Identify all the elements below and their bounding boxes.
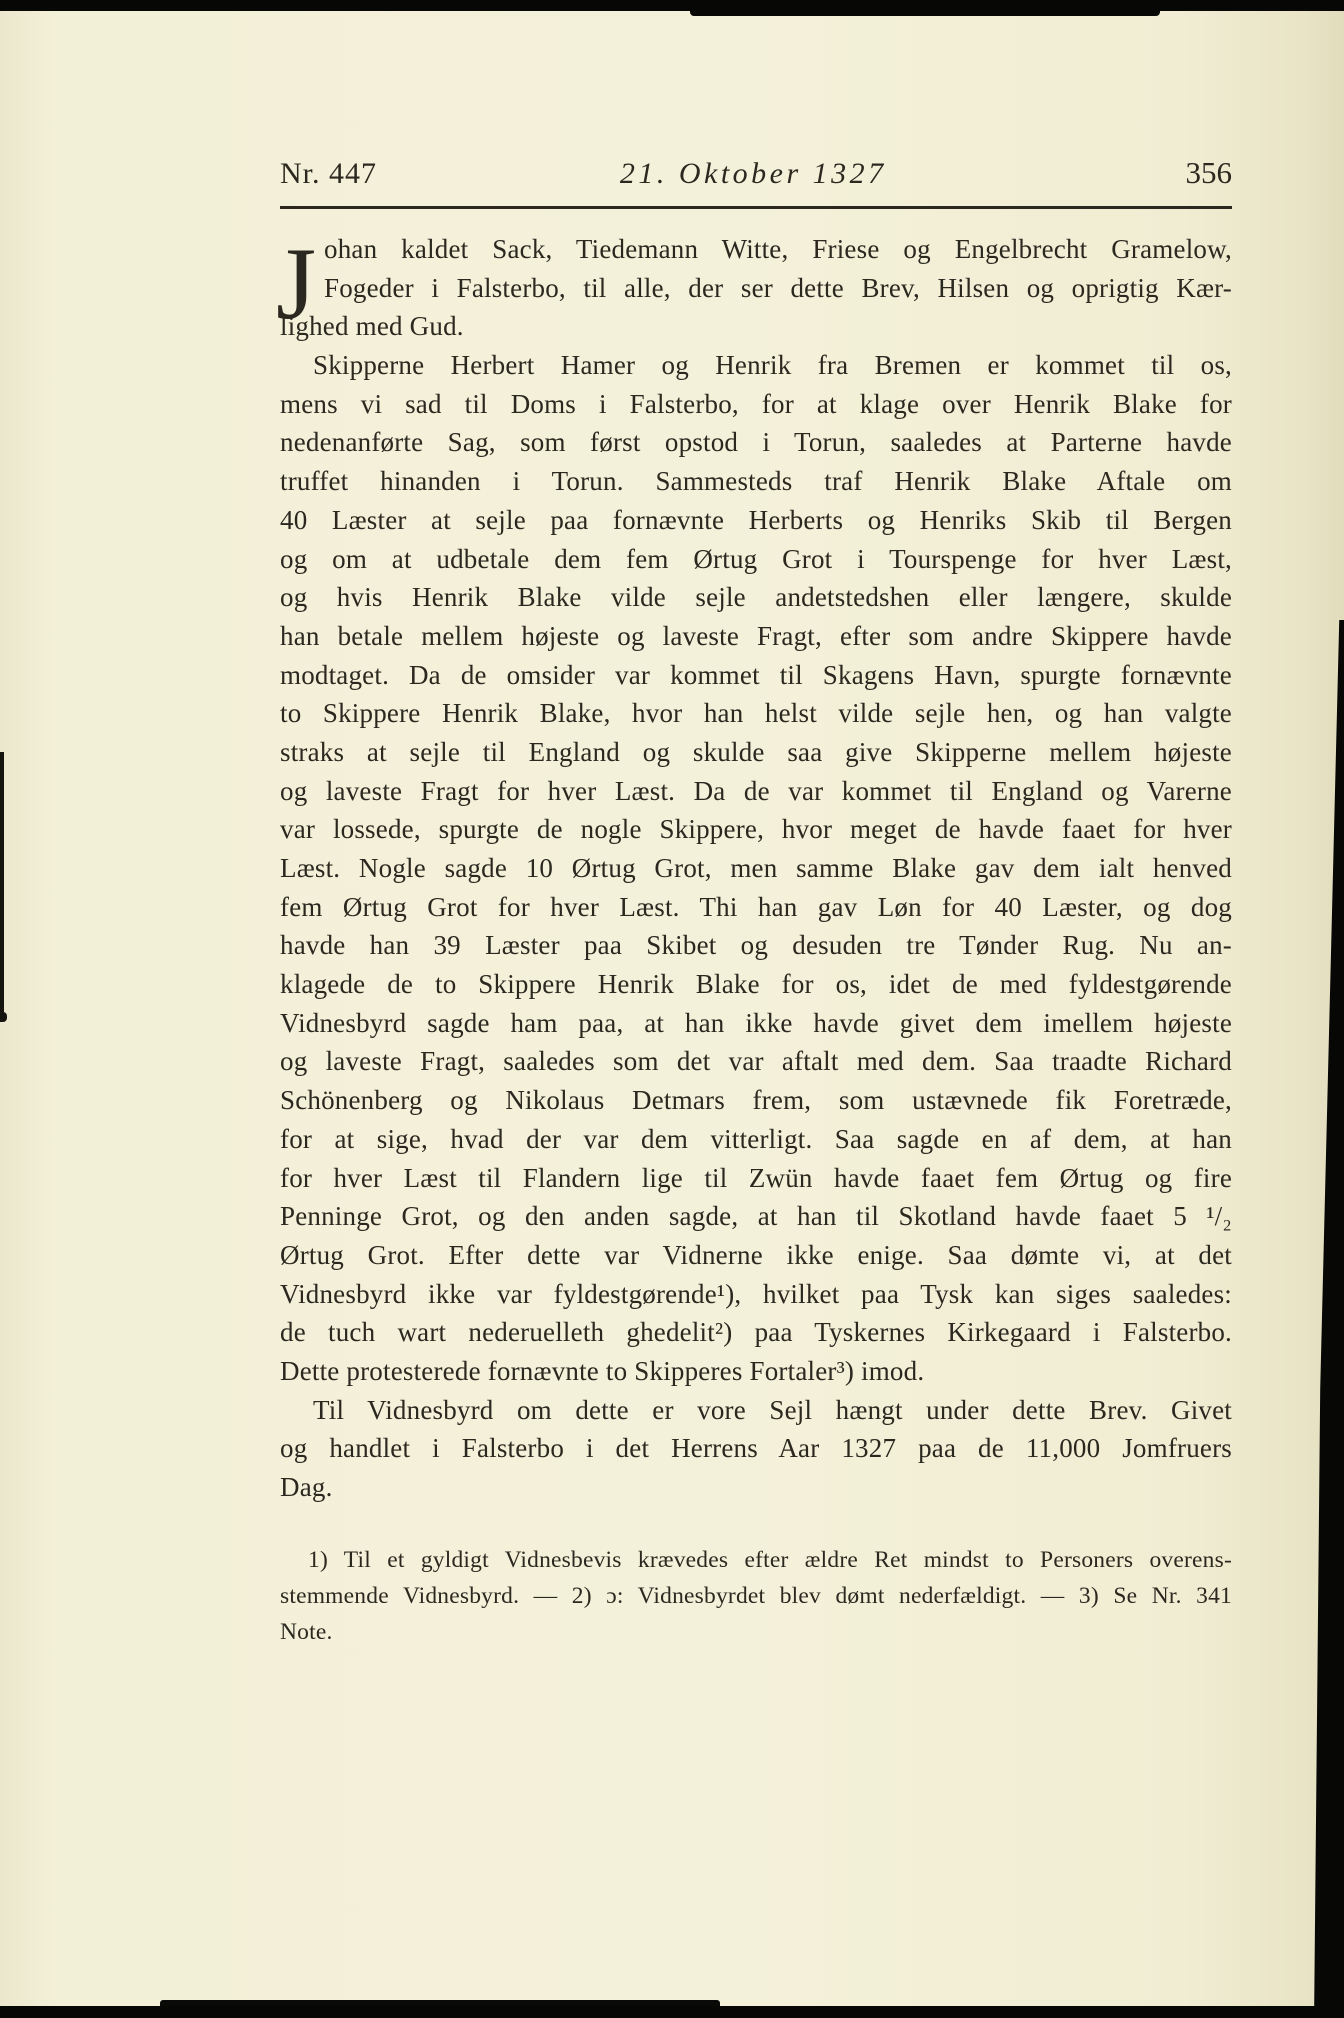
- text-line: 1) Til et gyldigt Vidnesbevis krævedes e…: [280, 1542, 1232, 1578]
- text-line: Skipperne Herbert Hamer og Henrik fra Br…: [280, 346, 1232, 385]
- paragraph: Johan kaldet Sack, Tiedemann Witte, Frie…: [280, 230, 1232, 346]
- text-line: Fogeder i Falsterbo, til alle, der ser d…: [280, 269, 1232, 308]
- text-line: for hver Læst til Flandern lige til Zwün…: [280, 1159, 1232, 1198]
- text-line: Vidnesbyrd sagde ham paa, at han ikke ha…: [280, 1004, 1232, 1043]
- text-line: Dag.: [280, 1468, 1232, 1507]
- text-line: Til Vidnesbyrd om dette er vore Sejl hæn…: [280, 1391, 1232, 1430]
- text-line: truffet hinanden i Torun. Sammesteds tra…: [280, 462, 1232, 501]
- text-line: Dette protesterede fornævnte to Skippere…: [280, 1352, 1232, 1391]
- text-line: lighed med Gud.: [280, 307, 1232, 346]
- scan-edge-top-bump: [690, 0, 1160, 16]
- text-line: havde han 39 Læster paa Skibet og desude…: [280, 926, 1232, 965]
- scan-edge-left: [0, 752, 4, 1014]
- scan-edge-bottom: [0, 2006, 1344, 2018]
- page-number: 356: [1186, 155, 1233, 191]
- page-header: Nr. 447 21. Oktober 1327 356: [280, 155, 1232, 197]
- text-line: de tuch wart nederuelleth ghedelit²) paa…: [280, 1313, 1232, 1352]
- scanned-book-page: Nr. 447 21. Oktober 1327 356 Johan kalde…: [0, 0, 1344, 2018]
- text-line: mens vi sad til Doms i Falsterbo, for at…: [280, 385, 1232, 424]
- text-line: og handlet i Falsterbo i det Herrens Aar…: [280, 1429, 1232, 1468]
- text-line: og hvis Henrik Blake vilde sejle andetst…: [280, 578, 1232, 617]
- header-rule: [280, 206, 1232, 209]
- text-line: Vidnesbyrd ikke var fyldestgørende¹), hv…: [280, 1275, 1232, 1314]
- text-line: Penninge Grot, og den anden sagde, at ha…: [280, 1197, 1232, 1236]
- dropcap-initial: J: [280, 230, 324, 306]
- text-line: Schönenberg og Nikolaus Detmars frem, so…: [280, 1081, 1232, 1120]
- text-line: Læst. Nogle sagde 10 Ørtug Grot, men sam…: [280, 849, 1232, 888]
- body-text: Johan kaldet Sack, Tiedemann Witte, Frie…: [280, 230, 1232, 1507]
- footnotes: 1) Til et gyldigt Vidnesbevis krævedes e…: [280, 1542, 1232, 1650]
- text-line: han betale mellem højeste og laveste Fra…: [280, 617, 1232, 656]
- text-line: klagede de to Skippere Henrik Blake for …: [280, 965, 1232, 1004]
- text-line: modtaget. Da de omsider var kommet til S…: [280, 656, 1232, 695]
- text-line: og laveste Fragt, saaledes som det var a…: [280, 1042, 1232, 1081]
- paragraph: Skipperne Herbert Hamer og Henrik fra Br…: [280, 346, 1232, 1391]
- text-line: ohan kaldet Sack, Tiedemann Witte, Fries…: [280, 230, 1232, 269]
- scan-edge-left-nub: [0, 1012, 7, 1022]
- text-line: og laveste Fragt for hver Læst. Da de va…: [280, 772, 1232, 811]
- text-line: fem Ørtug Grot for hver Læst. Thi han ga…: [280, 888, 1232, 927]
- date-title: 21. Oktober 1327: [620, 157, 887, 191]
- text-line: nedenanførte Sag, som først opstod i Tor…: [280, 423, 1232, 462]
- document-number: Nr. 447: [280, 157, 377, 191]
- text-line: og om at udbetale dem fem Ørtug Grot i T…: [280, 540, 1232, 579]
- text-line: 40 Læster at sejle paa fornævnte Herbert…: [280, 501, 1232, 540]
- paragraph: Til Vidnesbyrd om dette er vore Sejl hæn…: [280, 1391, 1232, 1507]
- text-line: straks at sejle til England og skulde sa…: [280, 733, 1232, 772]
- text-line: to Skippere Henrik Blake, hvor han helst…: [280, 694, 1232, 733]
- text-line: Note.: [280, 1614, 1232, 1650]
- text-line: var lossede, spurgte de nogle Skippere, …: [280, 810, 1232, 849]
- text-line: stemmende Vidnesbyrd. — 2) ɔ: Vidnesbyrd…: [280, 1578, 1232, 1614]
- text-line: Ørtug Grot. Efter dette var Vidnerne ikk…: [280, 1236, 1232, 1275]
- text-line: for at sige, hvad der var dem vitterligt…: [280, 1120, 1232, 1159]
- scan-edge-right: [1310, 620, 1344, 2018]
